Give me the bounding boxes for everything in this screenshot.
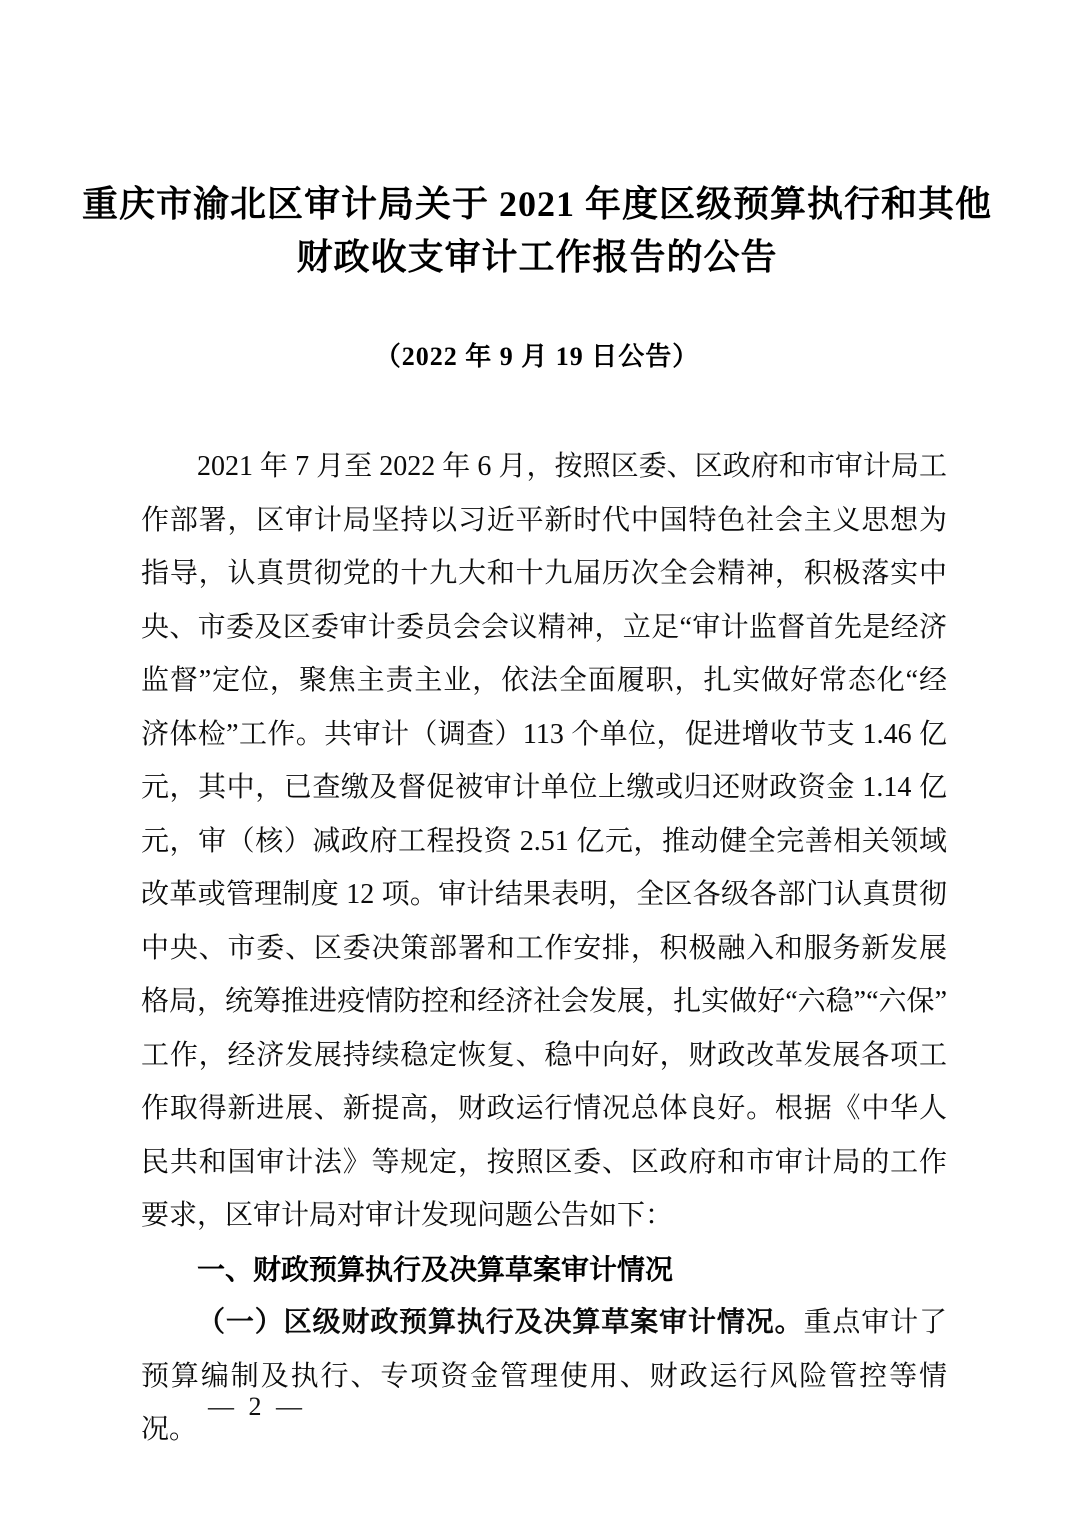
page-number: — 2 — (208, 1392, 306, 1422)
announcement-date: （2022 年 9 月 19 日公告） (0, 340, 1074, 374)
intro-paragraph: 2021 年 7 月至 2022 年 6 月，按照区委、区政府和市审计局工作部署… (141, 440, 947, 1243)
subsection-paragraph: （一）区级财政预算执行及决算草案审计情况。重点审计了预算编制及执行、专项资金管理… (141, 1296, 947, 1457)
document-title-line-2: 财政收支审计工作报告的公告 (0, 231, 1074, 284)
document-title-line-1: 重庆市渝北区审计局关于 2021 年度区级预算执行和其他 (0, 178, 1074, 231)
document-body: 2021 年 7 月至 2022 年 6 月，按照区委、区政府和市审计局工作部署… (141, 440, 947, 1457)
document-title: 重庆市渝北区审计局关于 2021 年度区级预算执行和其他 财政收支审计工作报告的… (0, 0, 1074, 284)
document-page: 重庆市渝北区审计局关于 2021 年度区级预算执行和其他 财政收支审计工作报告的… (0, 0, 1074, 1520)
subsection-lead: （一）区级财政预算执行及决算草案审计情况。 (197, 1307, 803, 1338)
section-heading-1: 一、财政预算执行及决算草案审计情况 (141, 1243, 947, 1297)
